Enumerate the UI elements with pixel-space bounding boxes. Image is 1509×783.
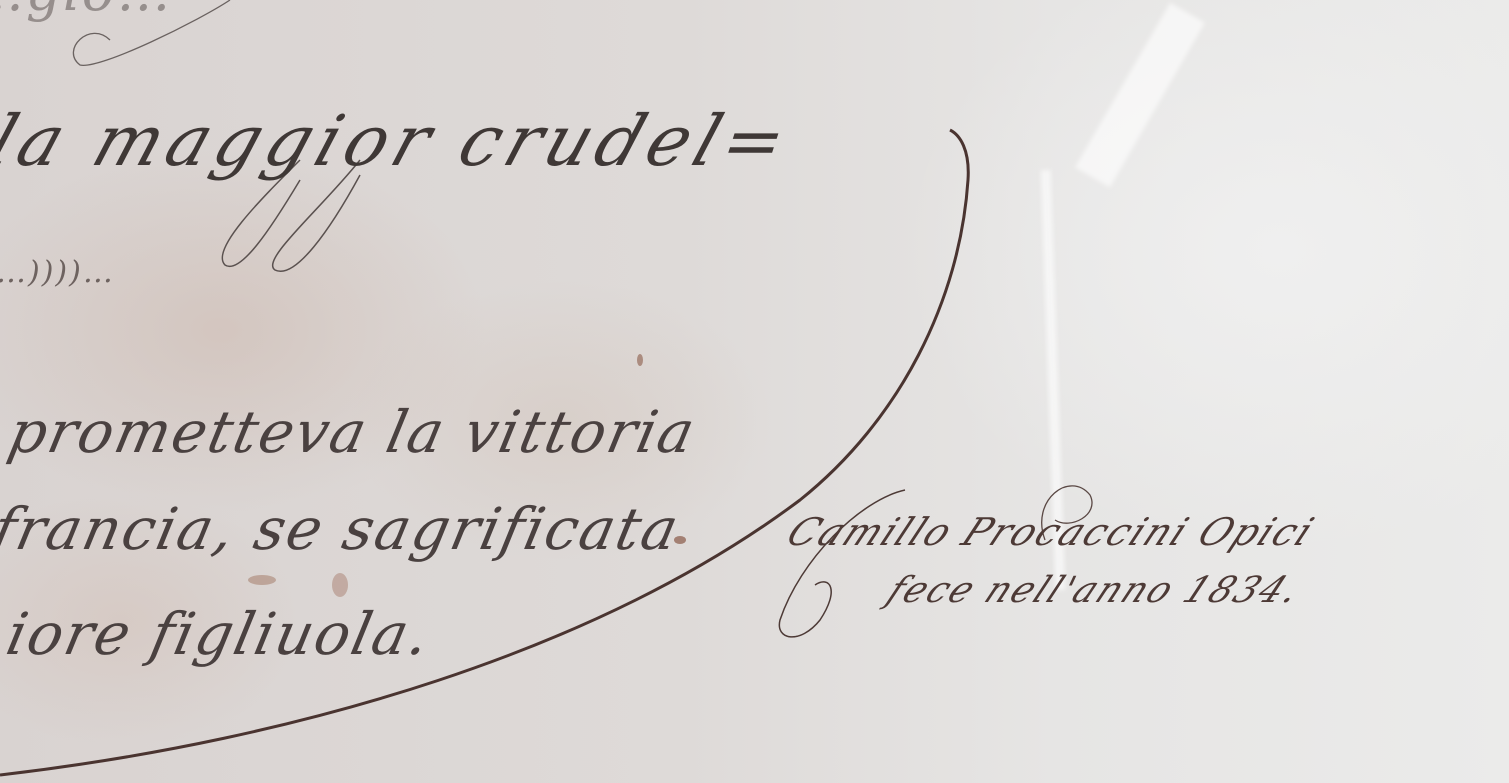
signature-name: Camillo Procaccini Opici [780,510,1323,554]
signature-date-note: fece nell'anno 1834. [880,570,1308,611]
manuscript-line-3: francia, se sagrificata [0,495,686,563]
manuscript-line-2: prometteva la vittoria [3,398,703,466]
text-fragment-top: …gio… [0,0,172,23]
manuscript-line-1: la maggior crudel= [0,100,803,182]
manuscript-line-fragment: …))))… [0,255,115,290]
manuscript-line-4: iore figliuola. [1,600,438,668]
